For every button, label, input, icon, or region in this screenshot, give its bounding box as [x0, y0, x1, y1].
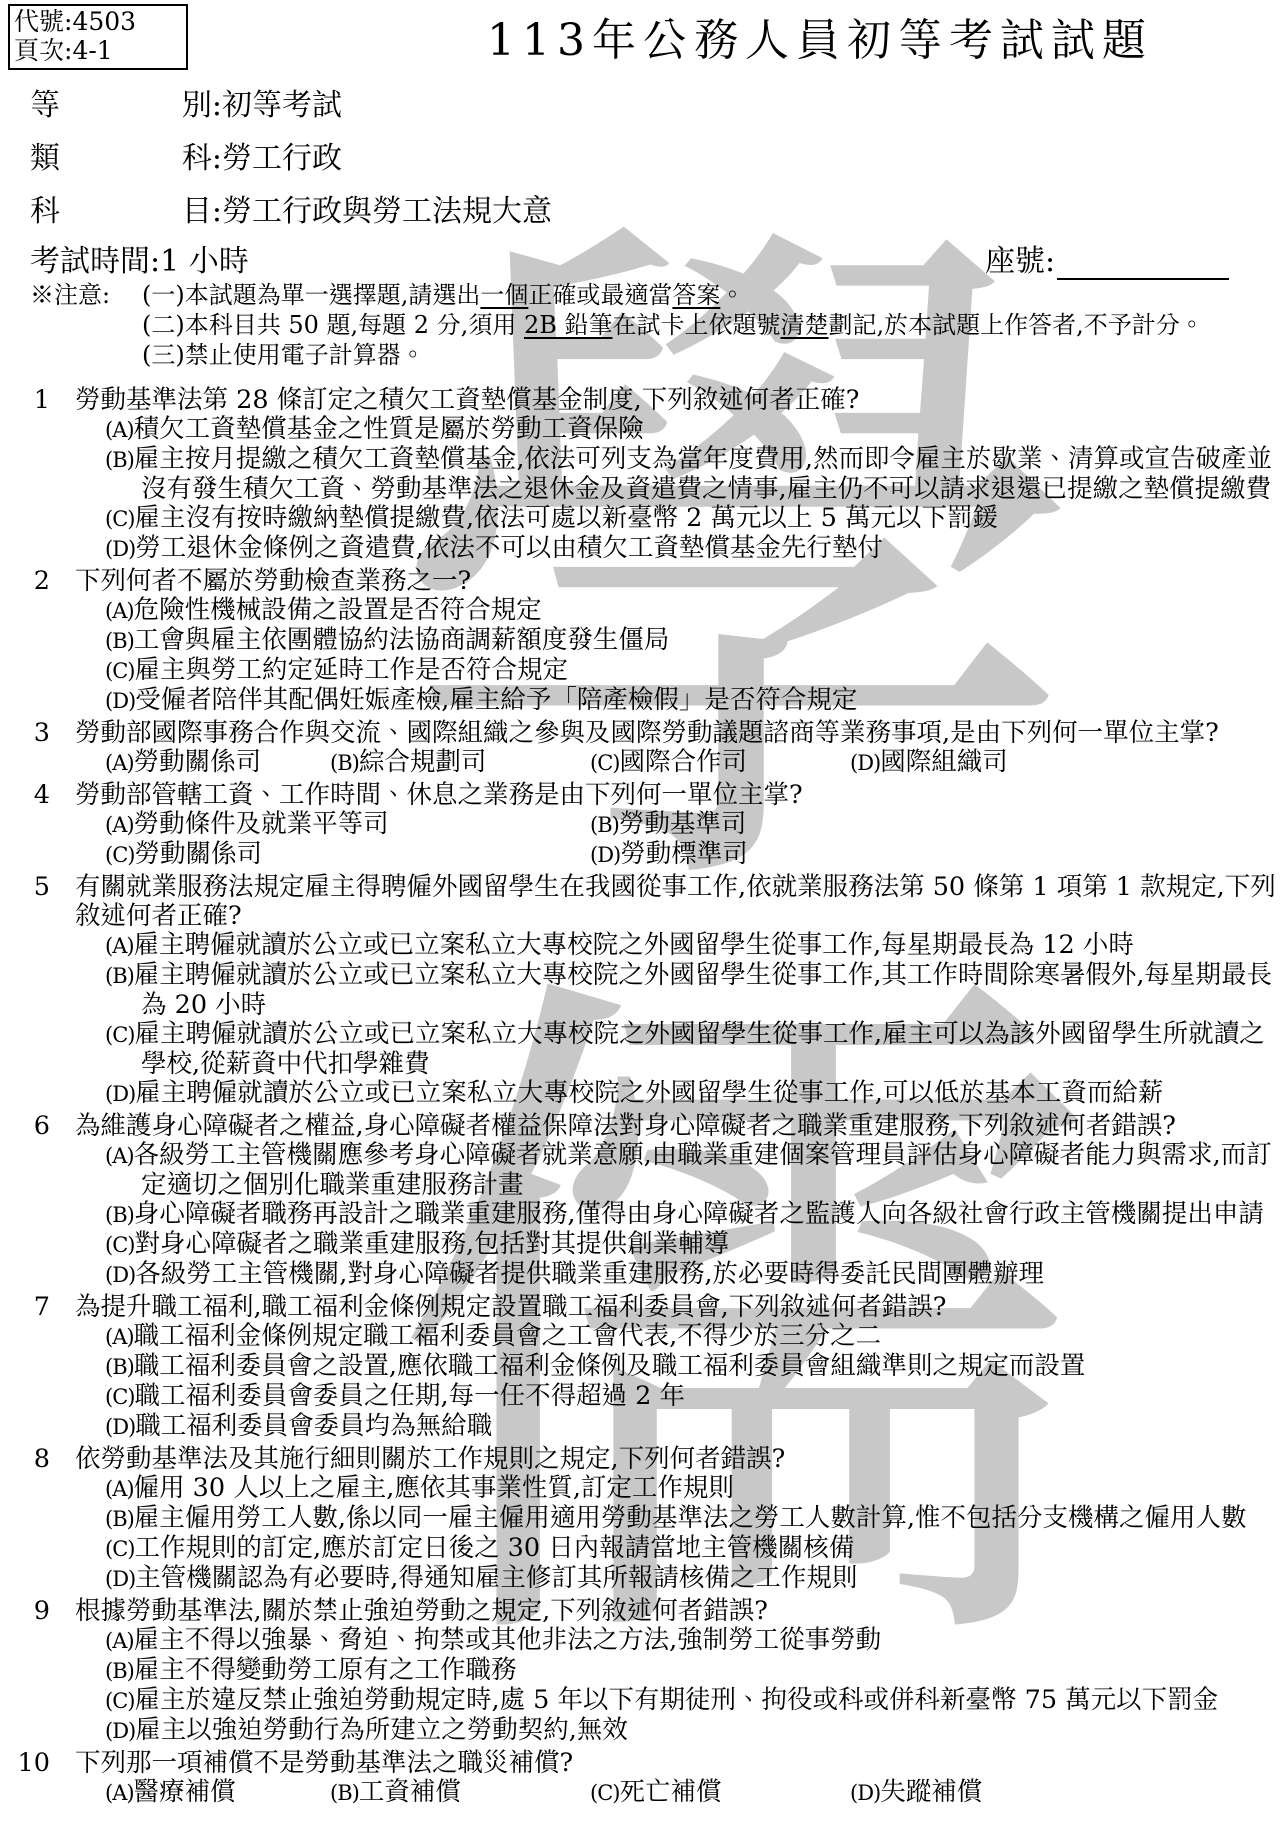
option-label: (A)	[105, 813, 134, 837]
option-label: (B)	[330, 1781, 359, 1805]
seat-number: 座號:	[985, 236, 1229, 280]
question-stem: 下列何者不屬於勞動檢查業務之一?	[75, 567, 1278, 596]
option-label: (D)	[105, 537, 135, 561]
option-A: (A)雇主不得以強暴、脅迫、拘禁或其他非法之方法,強制勞工從事勞動	[105, 1626, 1278, 1656]
code-value: 4503	[72, 7, 136, 36]
field-subject-label-left: 科	[30, 186, 60, 230]
question-number: 7	[0, 1293, 50, 1442]
page-title: 113年公務人員初等考試試題	[487, 4, 1153, 68]
option-group: (A)勞動條件及就業平等司(B)勞動基準司(C)勞動關係司(D)勞動標準司	[105, 810, 1278, 870]
option-B: (B)身心障礙者職務再設計之職業重建服務,僅得由身心障礙者之監護人向各級社會行政…	[105, 1200, 1278, 1230]
option-B: (B)綜合規劃司	[330, 748, 590, 778]
field-category-label-right: 科:	[182, 133, 222, 177]
question-number: 8	[0, 1445, 50, 1594]
field-category-label-left: 類	[30, 133, 60, 177]
field-subject-value: 勞工行政與勞工法規大意	[222, 194, 552, 229]
question-8: 8依勞動基準法及其施行細則關於工作規則之規定,下列何者錯誤?(A)僱用 30 人…	[0, 1445, 1280, 1594]
option-D: (D)雇主聘僱就讀於公立或已立案私立大專校院之外國留學生從事工作,可以低於基本工…	[105, 1079, 1278, 1109]
page-label: 頁次:	[14, 36, 72, 65]
option-B: (B)雇主聘僱就讀於公立或已立案私立大專校院之外國留學生從事工作,其工作時間除寒…	[105, 961, 1278, 1020]
notice-item-text: 本試題為單一選擇題,請選出一個正確或最適當答案。	[185, 280, 1270, 310]
option-label: (D)	[850, 1781, 880, 1805]
question-number: 10	[0, 1749, 50, 1808]
question-number: 9	[0, 1597, 50, 1746]
option-D: (D)勞動標準司	[590, 840, 1278, 870]
question-4: 4勞動部管轄工資、工作時間、休息之業務是由下列何一單位主掌?(A)勞動條件及就業…	[0, 781, 1280, 870]
option-label: (A)	[105, 934, 134, 958]
question-number: 3	[0, 719, 50, 778]
option-A: (A)勞動條件及就業平等司	[105, 810, 590, 840]
option-label: (B)	[330, 751, 359, 775]
option-label: (C)	[105, 507, 134, 531]
option-D: (D)雇主以強迫勞動行為所建立之勞動契約,無效	[105, 1716, 1278, 1746]
code-box: 代號:4503 頁次:4-1	[8, 4, 188, 70]
question-10: 10下列那一項補償不是勞動基準法之職災補償?(A)醫療補償(B)工資補償(C)死…	[0, 1749, 1280, 1808]
option-label: (C)	[590, 751, 619, 775]
field-grade-label-right: 別:	[182, 80, 222, 124]
option-label: (D)	[105, 1082, 135, 1106]
option-label: (C)	[105, 1023, 134, 1047]
field-category: 類科:勞工行政	[30, 133, 342, 177]
question-3: 3勞動部國際事務合作與交流、國際組織之參與及國際勞動議題諮商等業務事項,是由下列…	[0, 719, 1280, 778]
option-B: (B)工會與雇主依團體協約法協商調薪額度發生僵局	[105, 626, 1278, 656]
option-label: (C)	[105, 1233, 134, 1257]
option-B: (B)雇主僱用勞工人數,係以同一雇主僱用適用勞動基準法之勞工人數計算,惟不包括分…	[105, 1504, 1278, 1534]
question-stem: 有關就業服務法規定雇主得聘僱外國留學生在我國從事工作,依就業服務法第 50 條第…	[75, 873, 1278, 931]
notice-list: (一)本試題為單一選擇題,請選出一個正確或最適當答案。(二)本科目共 50 題,…	[142, 280, 1270, 370]
option-group: (A)職工福利金條例規定職工福利委員會之工會代表,不得少於三分之二(B)職工福利…	[75, 1322, 1278, 1442]
question-list: 1勞動基準法第 28 條訂定之積欠工資墊償基金制度,下列敘述何者正確?(A)積欠…	[0, 386, 1280, 1808]
option-label: (B)	[590, 813, 619, 837]
notice-marker: ※注意:	[30, 280, 142, 370]
notice-item-text: 禁止使用電子計算器。	[185, 340, 1270, 370]
question-number: 6	[0, 1112, 50, 1290]
option-group: (A)雇主不得以強暴、脅迫、拘禁或其他非法之方法,強制勞工從事勞動(B)雇主不得…	[75, 1626, 1278, 1746]
question-stem: 根據勞動基準法,關於禁止強迫勞動之規定,下列敘述何者錯誤?	[75, 1597, 1278, 1626]
option-label: (B)	[105, 629, 134, 653]
code-label: 代號:	[14, 7, 72, 36]
question-7: 7為提升職工福利,職工福利金條例規定設置職工福利委員會,下列敘述何者錯誤?(A)…	[0, 1293, 1280, 1442]
option-D: (D)勞工退休金條例之資遣費,依法不可以由積欠工資墊償基金先行墊付	[105, 534, 1278, 564]
option-label: (C)	[105, 659, 134, 683]
option-label: (C)	[105, 1537, 134, 1561]
option-label: (B)	[105, 1355, 134, 1379]
option-B: (B)工資補償	[330, 1778, 590, 1808]
field-grade: 等別:初等考試	[30, 80, 342, 124]
option-group: (A)各級勞工主管機關應參考身心障礙者就業意願,由職業重建個案管理員評估身心障礙…	[75, 1141, 1278, 1290]
option-group: (A)雇主聘僱就讀於公立或已立案私立大專校院之外國留學生從事工作,每星期最長為 …	[75, 931, 1278, 1109]
seat-number-blank	[1057, 248, 1229, 280]
notice-item: (三)禁止使用電子計算器。	[142, 340, 1270, 370]
option-label: (D)	[105, 1415, 135, 1439]
option-A: (A)危險性機械設備之設置是否符合規定	[105, 596, 1278, 626]
option-group: (A)積欠工資墊償基金之性質是屬於勞動工資保險(B)雇主按月提繳之積欠工資墊償基…	[75, 415, 1278, 564]
option-label: (A)	[105, 1325, 134, 1349]
seat-number-label: 座號:	[985, 244, 1055, 279]
option-label: (C)	[105, 1689, 134, 1713]
option-label: (C)	[105, 1385, 134, 1409]
option-group: (A)醫療補償(B)工資補償(C)死亡補償(D)失蹤補償	[105, 1778, 1278, 1808]
option-label: (A)	[105, 1477, 134, 1501]
option-C: (C)對身心障礙者之職業重建服務,包括對其提供創業輔導	[105, 1230, 1278, 1260]
option-D: (D)國際組織司	[850, 748, 1008, 778]
option-B: (B)雇主按月提繳之積欠工資墊償基金,依法可列支為當年度費用,然而即令雇主於歇業…	[105, 445, 1278, 504]
option-label: (A)	[105, 1629, 134, 1653]
notice-block: ※注意: (一)本試題為單一選擇題,請選出一個正確或最適當答案。(二)本科目共 …	[30, 280, 1270, 370]
option-D: (D)失蹤補償	[850, 1778, 982, 1808]
option-A: (A)勞動關係司	[105, 748, 330, 778]
option-label: (B)	[105, 448, 134, 472]
option-label: (A)	[105, 599, 134, 623]
exam-time: 考試時間:1 小時	[30, 236, 249, 280]
field-subject: 科目:勞工行政與勞工法規大意	[30, 186, 552, 230]
option-B: (B)勞動基準司	[590, 810, 1278, 840]
question-stem: 為維護身心障礙者之權益,身心障礙者權益保障法對身心障礙者之職業重建服務,下列敘述…	[75, 1112, 1278, 1141]
question-stem: 勞動基準法第 28 條訂定之積欠工資墊償基金制度,下列敘述何者正確?	[75, 386, 1278, 415]
exam-time-label: 考試時間:	[30, 244, 160, 279]
exam-time-value: 1 小時	[160, 244, 249, 279]
question-stem: 勞動部國際事務合作與交流、國際組織之參與及國際勞動議題諮商等業務事項,是由下列何…	[75, 719, 1278, 748]
option-label: (A)	[105, 418, 134, 442]
question-9: 9根據勞動基準法,關於禁止強迫勞動之規定,下列敘述何者錯誤?(A)雇主不得以強暴…	[0, 1597, 1280, 1746]
option-label: (D)	[105, 689, 135, 713]
option-label: (B)	[105, 1659, 134, 1683]
field-subject-label-right: 目:	[182, 186, 222, 230]
option-C: (C)雇主與勞工約定延時工作是否符合規定	[105, 656, 1278, 686]
notice-item-number: (一)	[142, 280, 185, 310]
question-number: 5	[0, 873, 50, 1109]
question-stem: 依勞動基準法及其施行細則關於工作規則之規定,下列何者錯誤?	[75, 1445, 1278, 1474]
question-stem: 下列那一項補償不是勞動基準法之職災補償?	[75, 1749, 1278, 1778]
question-number: 1	[0, 386, 50, 564]
option-D: (D)職工福利委員會委員均為無給職	[105, 1412, 1278, 1442]
option-label: (A)	[105, 1781, 134, 1805]
option-label: (A)	[105, 1144, 134, 1168]
option-label: (C)	[590, 1781, 619, 1805]
option-label: (D)	[850, 751, 880, 775]
option-label: (A)	[105, 751, 134, 775]
option-D: (D)主管機關認為有必要時,得通知雇主修訂其所報請核備之工作規則	[105, 1564, 1278, 1594]
question-5: 5有關就業服務法規定雇主得聘僱外國留學生在我國從事工作,依就業服務法第 50 條…	[0, 873, 1280, 1109]
option-label: (D)	[590, 843, 620, 867]
option-A: (A)醫療補償	[105, 1778, 330, 1808]
notice-item: (二)本科目共 50 題,每題 2 分,須用 2B 鉛筆在試卡上依題號清楚劃記,…	[142, 310, 1270, 340]
option-group: (A)勞動關係司(B)綜合規劃司(C)國際合作司(D)國際組織司	[105, 748, 1278, 778]
option-A: (A)積欠工資墊償基金之性質是屬於勞動工資保險	[105, 415, 1278, 445]
option-label: (D)	[105, 1567, 135, 1591]
question-number: 2	[0, 567, 50, 716]
question-2: 2下列何者不屬於勞動檢查業務之一?(A)危險性機械設備之設置是否符合規定(B)工…	[0, 567, 1280, 716]
option-B: (B)雇主不得變動勞工原有之工作職務	[105, 1656, 1278, 1686]
option-label: (C)	[105, 843, 134, 867]
notice-item: (一)本試題為單一選擇題,請選出一個正確或最適當答案。	[142, 280, 1270, 310]
notice-item-text: 本科目共 50 題,每題 2 分,須用 2B 鉛筆在試卡上依題號清楚劃記,於本試…	[185, 310, 1270, 340]
field-category-value: 勞工行政	[222, 141, 342, 176]
option-C: (C)雇主聘僱就讀於公立或已立案私立大專校院之外國留學生從事工作,雇主可以為該外…	[105, 1020, 1278, 1079]
page-value: 4-1	[72, 36, 112, 65]
exam-code: 代號:4503	[14, 7, 180, 36]
option-C: (C)勞動關係司	[105, 840, 590, 870]
option-C: (C)國際合作司	[590, 748, 850, 778]
option-A: (A)雇主聘僱就讀於公立或已立案私立大專校院之外國留學生從事工作,每星期最長為 …	[105, 931, 1278, 961]
question-number: 4	[0, 781, 50, 870]
exam-header: 代號:4503 頁次:4-1 113年公務人員初等考試試題 等別:初等考試 類科…	[0, 0, 1280, 280]
option-label: (B)	[105, 964, 134, 988]
question-stem: 勞動部管轄工資、工作時間、休息之業務是由下列何一單位主掌?	[75, 781, 1278, 810]
option-C: (C)雇主於違反禁止強迫勞動規定時,處 5 年以下有期徒刑、拘役或科或併科新臺幣…	[105, 1686, 1278, 1716]
option-label: (D)	[105, 1719, 135, 1743]
option-A: (A)僱用 30 人以上之雇主,應依其事業性質,訂定工作規則	[105, 1474, 1278, 1504]
option-group: (A)危險性機械設備之設置是否符合規定(B)工會與雇主依團體協約法協商調薪額度發…	[75, 596, 1278, 716]
field-grade-value: 初等考試	[222, 88, 342, 123]
option-C: (C)職工福利委員會委員之任期,每一任不得超過 2 年	[105, 1382, 1278, 1412]
option-C: (C)雇主沒有按時繳納墊償提繳費,依法可處以新臺幣 2 萬元以上 5 萬元以下罰…	[105, 504, 1278, 534]
page-number: 頁次:4-1	[14, 36, 180, 65]
exam-page: 學 儒 代號:4503 頁次:4-1 113年公務人員初等考試試題 等別:初等考…	[0, 0, 1280, 1822]
option-label: (D)	[105, 1263, 135, 1287]
option-D: (D)受僱者陪伴其配偶妊娠產檢,雇主給予「陪產檢假」是否符合規定	[105, 686, 1278, 716]
option-C: (C)工作規則的訂定,應於訂定日後之 30 日內報請當地主管機關核備	[105, 1534, 1278, 1564]
option-C: (C)死亡補償	[590, 1778, 850, 1808]
option-B: (B)職工福利委員會之設置,應依職工福利金條例及職工福利委員會組織準則之規定而設…	[105, 1352, 1278, 1382]
question-1: 1勞動基準法第 28 條訂定之積欠工資墊償基金制度,下列敘述何者正確?(A)積欠…	[0, 386, 1280, 564]
notice-item-number: (二)	[142, 310, 185, 340]
option-label: (B)	[105, 1203, 134, 1227]
option-label: (B)	[105, 1507, 134, 1531]
field-grade-label-left: 等	[30, 80, 60, 124]
option-A: (A)各級勞工主管機關應參考身心障礙者就業意願,由職業重建個案管理員評估身心障礙…	[105, 1141, 1278, 1200]
option-A: (A)職工福利金條例規定職工福利委員會之工會代表,不得少於三分之二	[105, 1322, 1278, 1352]
question-stem: 為提升職工福利,職工福利金條例規定設置職工福利委員會,下列敘述何者錯誤?	[75, 1293, 1278, 1322]
notice-item-number: (三)	[142, 340, 185, 370]
option-group: (A)僱用 30 人以上之雇主,應依其事業性質,訂定工作規則(B)雇主僱用勞工人…	[75, 1474, 1278, 1594]
question-6: 6為維護身心障礙者之權益,身心障礙者權益保障法對身心障礙者之職業重建服務,下列敘…	[0, 1112, 1280, 1290]
option-D: (D)各級勞工主管機關,對身心障礙者提供職業重建服務,於必要時得委託民間團體辦理	[105, 1260, 1278, 1290]
